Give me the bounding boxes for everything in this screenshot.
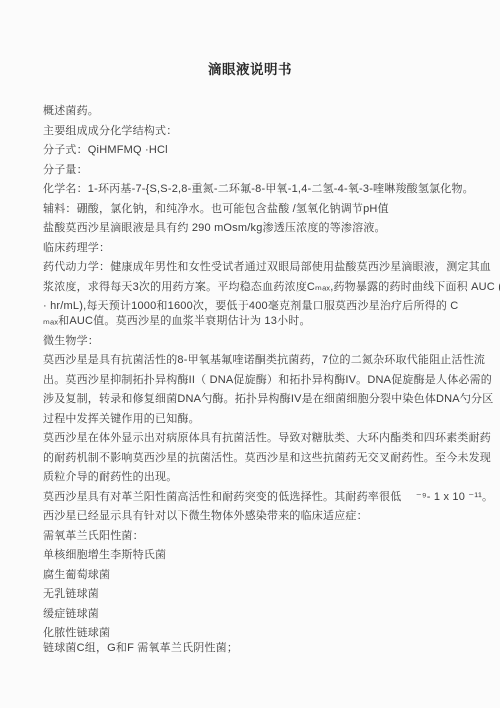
- text-line: 缓症链球菌: [43, 605, 450, 625]
- text-line: 浆浓度，求得每天3次的用药方案。平均稳态血药浓度Cₘₐₓ,药物暴露的药时曲线下面…: [43, 278, 450, 298]
- text-line: 辅料：硼酸，氯化钠，和纯净水。也可能包含盐酸 /氢氧化钠调节pH值: [43, 200, 450, 220]
- text-line: 无乳链球菌: [43, 585, 450, 605]
- text-line: 单核细胞增生李斯特氏菌: [43, 546, 450, 566]
- text-line: 涉及复制，转录和修复细菌DNA勺酶。拓扑异构酶IV是在细菌细胞分裂中染色体DNA…: [43, 390, 450, 410]
- text-line: 质粒介导的耐药性的出现。: [43, 468, 450, 488]
- text-line: 主要组成成分化学结构式：: [43, 122, 450, 142]
- text-line: 链球菌C组，G和F 需氧革兰氏阴性菌；: [43, 639, 450, 659]
- text-line: 临床药理学：: [43, 239, 450, 259]
- text-line: 西沙星已经显示具有针对以下微生物体外感染带来的临床适应症：: [43, 507, 450, 527]
- text-line: 化学名：1-环丙基-7-{S,S-2,8-重氮-二环氟-8-甲氧-1,4-二氢-…: [43, 180, 450, 200]
- text-line: 的耐药机制不影响莫西沙星的抗菌活性。莫西沙星和这些抗菌药无交叉耐药性。至今未发现: [43, 449, 450, 469]
- text-line: 药代动力学：健康成年男性和女性受试者通过双眼局部使用盐酸莫西沙星滴眼液，测定其血: [43, 258, 450, 278]
- text-line: 腐生葡萄球菌: [43, 566, 450, 586]
- document-title: 滴眼液说明书: [0, 62, 500, 78]
- document-body: 概述菌药。主要组成成分化学结构式：分子式：QiHMFMQ ·HCl分子量：化学名…: [0, 102, 500, 659]
- text-line: 需氧革兰氏阳性菌：: [43, 527, 450, 547]
- text-line: 微生物学：: [43, 332, 450, 352]
- text-line: 莫西沙星是具有抗菌活性的8-甲氧基氟喹诺酮类抗菌药，7位的二氮杂环取代能阻止活性…: [43, 351, 450, 371]
- text-line: 概述菌药。: [43, 102, 450, 122]
- text-line: 过程中发挥关键作用的已知酶。: [43, 410, 450, 430]
- document-page: 滴眼液说明书 概述菌药。主要组成成分化学结构式：分子式：QiHMFMQ ·HCl…: [0, 0, 500, 708]
- text-line: 分子量：: [43, 161, 450, 181]
- text-line: 出。莫西沙星抑制拓扑异构酶II（ DNA促旋酶）和拓扑异构酶IV。DNA促旋酶是…: [43, 371, 450, 391]
- text-line: 盐酸莫西沙星滴眼液是具有约 290 mOsm/kg渗透压浓度的等渗溶液。: [43, 219, 450, 239]
- text-line: 分子式：QiHMFMQ ·HCl: [43, 141, 450, 161]
- text-line: 莫西沙星具有对革兰阳性菌高活性和耐药突变的低选择性。其耐药率很低 ⁻⁹- 1 x…: [43, 488, 450, 508]
- text-line: 莫西沙星在体外显示出对病原体具有抗菌活性。导致对糖肽类、大环内酯类和四环素类耐药: [43, 429, 450, 449]
